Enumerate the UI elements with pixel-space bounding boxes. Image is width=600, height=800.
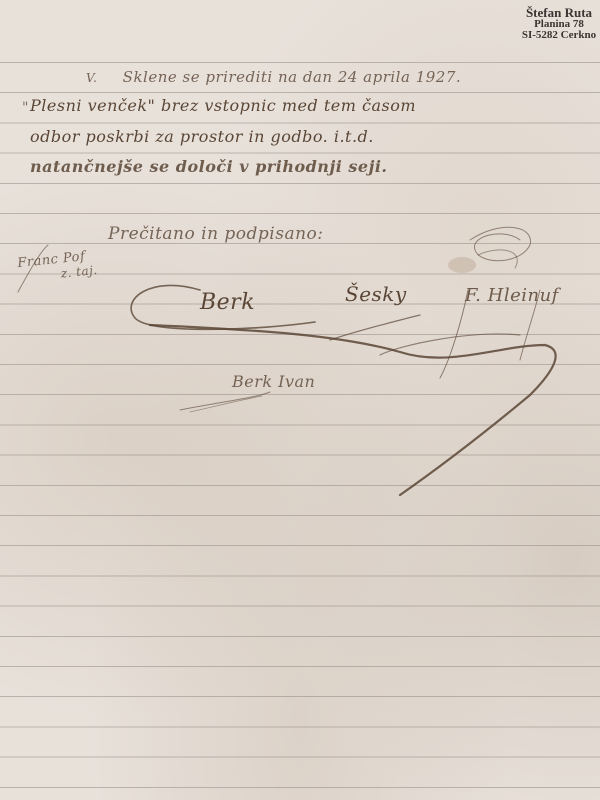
line-1-text: Sklene se prirediti na dan 24 aprila 192… [123,68,461,86]
quote-mark: " [22,100,29,116]
owner-stamp: Štefan Ruta Planina 78 SI-5282 Cerkno [518,6,600,41]
signature-seshy: Šesky [345,282,407,306]
signature-berk: Berk [200,290,255,315]
item-number: V. [86,71,97,85]
minutes-line-3: odbor poskrbi za prostor in godbo. i.t.d… [30,127,374,146]
minutes-line-2: Plesni venček" brez vstopnic med tem čas… [30,96,416,115]
signature-berk-ivan: Berk Ivan [232,372,315,391]
minutes-line-1: V. Sklene se prirediti na dan 24 aprila … [86,68,461,86]
read-and-signed: Prečitano in podpisano: [108,224,324,244]
signature-third: F. Hleinuf [465,285,559,306]
minutes-line-4: natančnejše se določi v prihodnji seji. [30,157,388,176]
stamp-postal: SI-5282 Cerkno [518,30,600,41]
